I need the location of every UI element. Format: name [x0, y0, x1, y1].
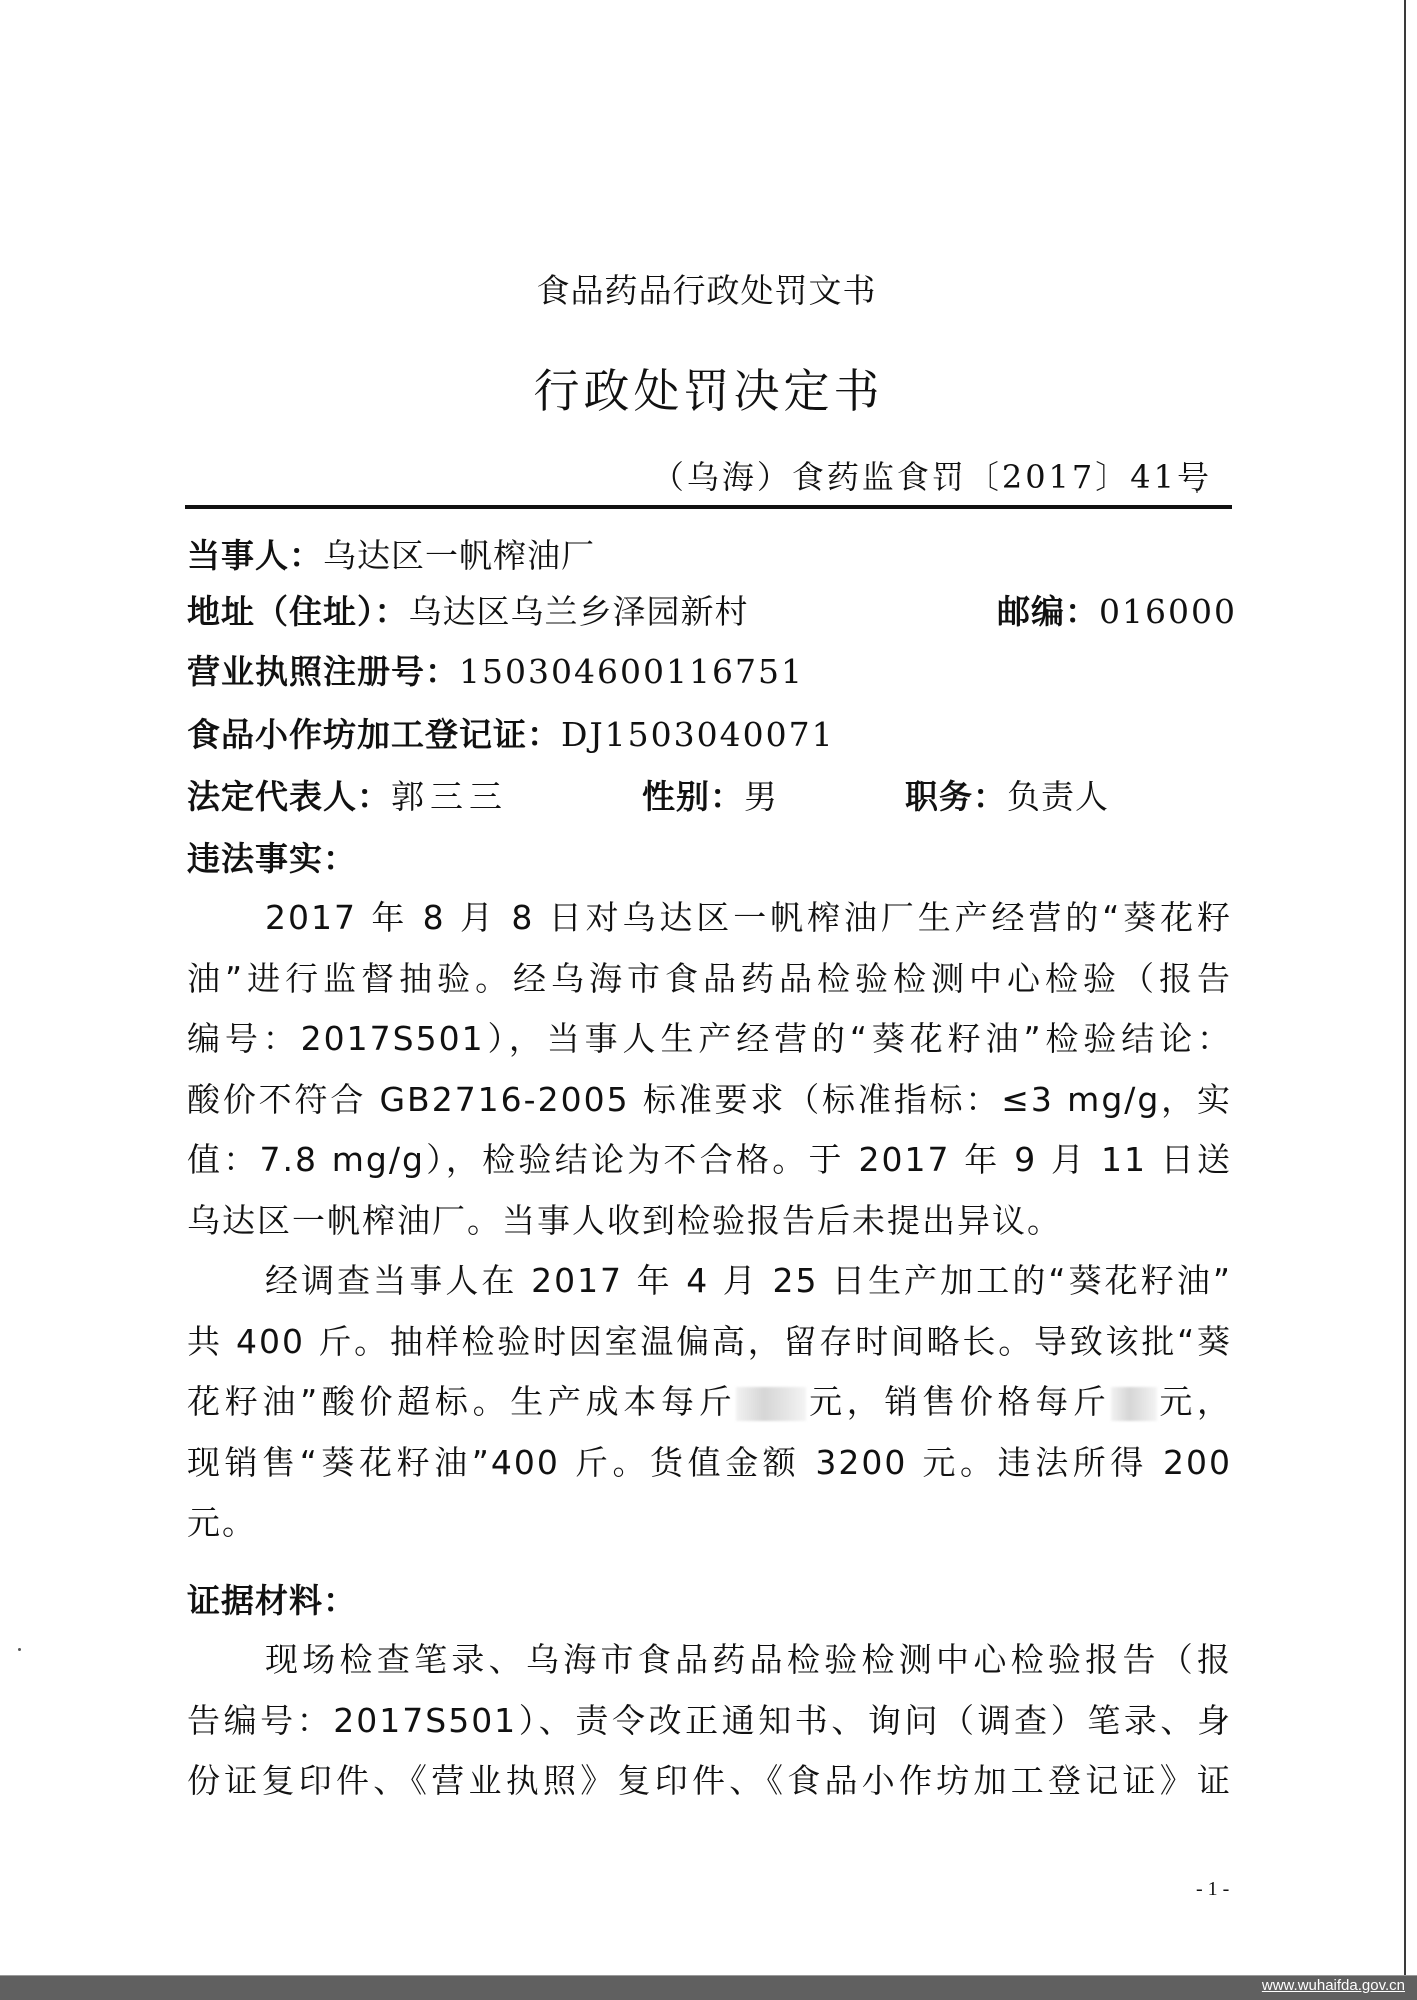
postcode-label: 邮编： [997, 586, 1099, 633]
legal-rep-label: 法定代表人： [187, 771, 391, 818]
field-postcode: 邮编： 016000 [997, 586, 1237, 633]
text-line: 元。 [187, 1493, 1232, 1554]
cost-text: 花籽油”酸价超标。生产成本每斤 [187, 1382, 736, 1421]
party-label: 当事人： [187, 530, 323, 577]
field-gender: 性别： 男 [642, 771, 778, 818]
party-value: 乌达区一帆榨油厂 [323, 530, 595, 577]
redacted-price [1111, 1387, 1157, 1421]
legal-rep-value: 郭三三 [391, 771, 508, 818]
facts-heading: 违法事实： [187, 833, 357, 880]
position-label: 职务： [905, 771, 1007, 818]
field-workshop-cert: 食品小作坊加工登记证： DJ1503040071 [187, 709, 835, 756]
position-value: 负责人 [1007, 771, 1109, 818]
text-line: 现场检查笔录、乌海市食品药品检验检测中心检验报告（报 [187, 1630, 1232, 1691]
address-label: 地址（住址）： [187, 586, 409, 633]
redacted-cost [736, 1387, 806, 1421]
field-address: 地址（住址）： 乌达区乌兰乡泽园新村 [187, 586, 749, 633]
text-line: 告编号：2017S501）、责令改正通知书、询问（调查）笔录、身 [187, 1691, 1232, 1752]
field-business-license: 营业执照注册号： 150304600116751 [187, 646, 804, 693]
footer-bar [0, 1975, 1417, 2000]
text-line: 值：7.8 mg/g），检验结论为不合格。于 2017 年 9 月 11 日送达 [187, 1130, 1232, 1191]
document-number: （乌海）食药监食罚〔2017〕41号 [652, 452, 1212, 498]
text-line: 油”进行监督抽验。经乌海市食品药品检验检测中心检验（报告 [187, 949, 1232, 1010]
document-title: 行政处罚决定书 [0, 355, 1417, 421]
field-legal-rep: 法定代表人： 郭三三 [187, 771, 508, 818]
facts-paragraph-1: 2017 年 8 月 8 日对乌达区一帆榨油厂生产经营的“葵花籽 油”进行监督抽… [187, 888, 1232, 1251]
text-line: 乌达区一帆榨油厂。当事人收到检验报告后未提出异议。 [187, 1191, 1232, 1252]
field-party: 当事人： 乌达区一帆榨油厂 [187, 530, 595, 577]
workshop-cert-value: DJ1503040071 [561, 715, 835, 754]
gender-label: 性别： [642, 771, 744, 818]
site-link[interactable]: www.wuhaifda.gov.cn [1262, 1977, 1405, 1994]
unit-text: 元， [1157, 1382, 1232, 1421]
address-value: 乌达区乌兰乡泽园新村 [409, 586, 749, 633]
evidence-heading: 证据材料： [187, 1575, 357, 1622]
text-line: 2017 年 8 月 8 日对乌达区一帆榨油厂生产经营的“葵花籽 [187, 888, 1232, 949]
document-category: 食品药品行政处罚文书 [0, 265, 1415, 312]
field-position: 职务： 负责人 [905, 771, 1109, 818]
postcode-value: 016000 [1099, 592, 1237, 631]
scan-speck [18, 1648, 21, 1651]
text-line: 酸价不符合 GB2716-2005 标准要求（标准指标：≤3 mg/g，实测 [187, 1070, 1232, 1131]
gender-value: 男 [744, 771, 778, 818]
business-license-label: 营业执照注册号： [187, 646, 459, 693]
page-number: - 1 - [1196, 1878, 1229, 1901]
text-line: 份证复印件、《营业执照》复印件、《食品小作坊加工登记证》证 [187, 1751, 1232, 1812]
price-text: 元，销售价格每斤 [806, 1382, 1110, 1421]
scan-speck [1196, 491, 1198, 493]
text-line: 经调查当事人在 2017 年 4 月 25 日生产加工的“葵花籽油” [187, 1251, 1232, 1312]
header-rule [185, 505, 1232, 509]
text-line: 现销售“葵花籽油”400 斤。货值金额 3200 元。违法所得 200 [187, 1433, 1232, 1494]
text-line: 编号：2017S501），当事人生产经营的“葵花籽油”检验结论： [187, 1009, 1232, 1070]
workshop-cert-label: 食品小作坊加工登记证： [187, 709, 561, 756]
evidence-paragraph: 现场检查笔录、乌海市食品药品检验检测中心检验报告（报 告编号：2017S501）… [187, 1630, 1232, 1812]
facts-paragraph-2: 经调查当事人在 2017 年 4 月 25 日生产加工的“葵花籽油” 共 400… [187, 1251, 1232, 1554]
text-line: 共 400 斤。抽样检验时因室温偏高，留存时间略长。导致该批“葵 [187, 1312, 1232, 1373]
text-line-with-redactions: 花籽油”酸价超标。生产成本每斤元，销售价格每斤元， [187, 1372, 1232, 1433]
business-license-value: 150304600116751 [459, 652, 804, 691]
